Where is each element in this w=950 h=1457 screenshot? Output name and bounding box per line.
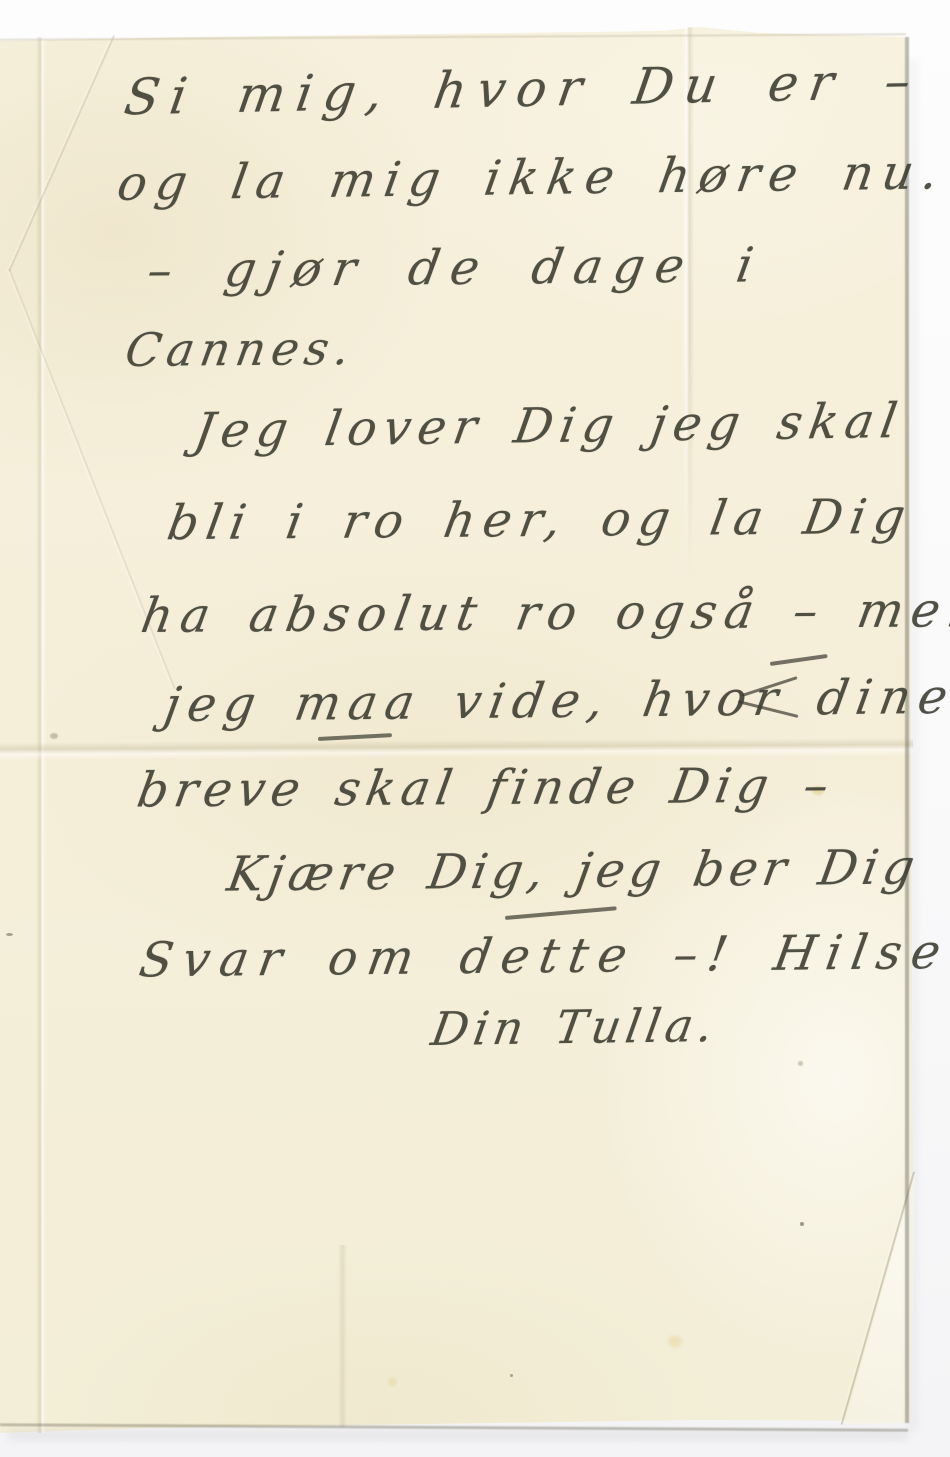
handwritten-line: Din Tulla.: [428, 998, 722, 1056]
handwritten-line: ha absolut ro også – men: [137, 582, 950, 644]
handwritten-line: breve skal finde Dig –: [133, 758, 839, 819]
ink-mark-t-bar-dine: [770, 654, 828, 666]
handwritten-line: – gjør de dage i: [143, 237, 768, 298]
ink-mark-underline-maa: [318, 733, 392, 741]
handwritten-line: og la mig ikke høre nu.: [113, 144, 950, 212]
handwritten-line: Jeg lover Dig jeg skal: [190, 393, 907, 459]
handwritten-line: Svar om dette –! Hilsen: [135, 923, 950, 988]
scanned-letter-page: Si mig, hvor Du er –og la mig ikke høre …: [0, 0, 950, 1457]
handwritten-line: Kjære Dig, jeg ber Dig: [223, 839, 923, 902]
handwriting-layer: Si mig, hvor Du er –og la mig ikke høre …: [0, 0, 950, 1457]
handwritten-line: jeg maa vide, hvor dine: [160, 669, 950, 733]
handwritten-line: bli i ro her, og la Dig: [163, 489, 917, 552]
ink-mark-overline-dette: [505, 906, 617, 920]
handwritten-line: Si mig, hvor Du er –: [121, 52, 926, 127]
handwritten-line: Cannes.: [121, 321, 359, 377]
